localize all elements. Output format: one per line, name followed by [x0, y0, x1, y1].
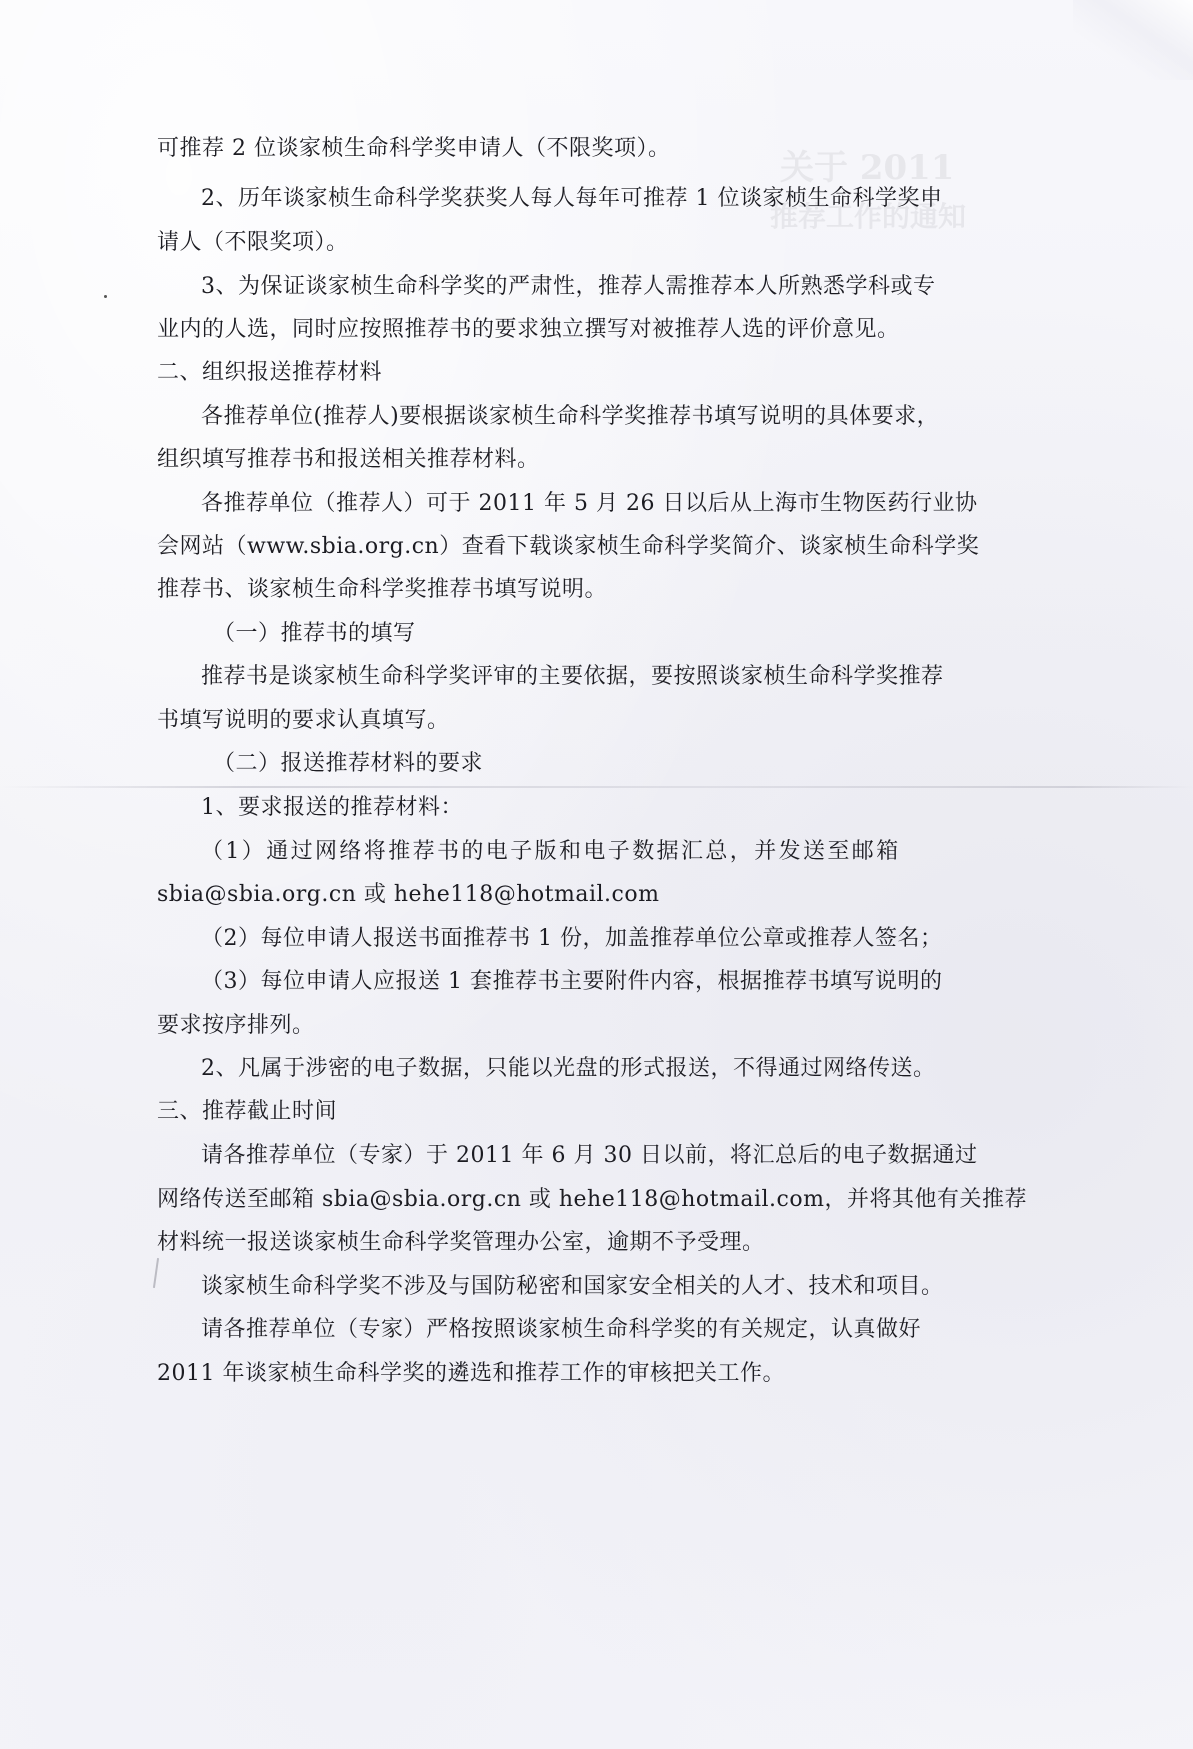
- paragraph-line: 书填写说明的要求认真填写。: [157, 706, 450, 736]
- paragraph-line: 请人（不限奖项）。: [157, 228, 349, 258]
- section-heading-3: 三、推荐截止时间: [157, 1097, 337, 1127]
- paragraph-line: 要求按序排列。: [157, 1011, 315, 1041]
- list-item-1: （1）通过网络将推荐书的电子版和电子数据汇总，并发送至邮箱: [201, 837, 901, 867]
- list-heading: 1、要求报送的推荐材料：: [201, 793, 463, 823]
- paragraph-line: 2011 年谈家桢生命科学奖的遴选和推荐工作的审核把关工作。: [157, 1359, 785, 1389]
- paragraph-line: 组织填写推荐书和报送相关推荐材料。: [157, 445, 540, 475]
- paragraph-line: 谈家桢生命科学奖不涉及与国防秘密和国家安全相关的人才、技术和项目。: [201, 1272, 944, 1302]
- list-item-2: （2）每位申请人报送书面推荐书 1 份，加盖推荐单位公章或推荐人签名；: [201, 924, 942, 954]
- email-line: sbia@sbia.org.cn 或 hehe118@hotmail.com: [157, 880, 659, 910]
- website-line: 会网站（www.sbia.org.cn）查看下载谈家桢生命科学奖简介、谈家桢生命…: [157, 532, 979, 562]
- paragraph-line: 推荐书是谈家桢生命科学奖评审的主要依据，要按照谈家桢生命科学奖推荐: [201, 662, 944, 692]
- paper-fold-line: [0, 786, 1193, 788]
- bleed-through-title: 关于 2011: [780, 140, 954, 189]
- paragraph-line: 各推荐单位（推荐人）可于 2011 年 5 月 26 日以后从上海市生物医药行业…: [201, 489, 977, 519]
- paragraph-line: 业内的人选，同时应按照推荐书的要求独立撰写对被推荐人选的评价意见。: [157, 315, 900, 345]
- email-line: 网络传送至邮箱 sbia@sbia.org.cn 或 hehe118@hotma…: [157, 1185, 1027, 1215]
- paragraph-line: 材料统一报送谈家桢生命科学奖管理办公室，逾期不予受理。: [157, 1228, 765, 1258]
- paragraph-line: 请各推荐单位（专家）严格按照谈家桢生命科学奖的有关规定，认真做好: [201, 1315, 921, 1345]
- paragraph-item-3: 3、为保证谈家桢生命科学奖的严肃性，推荐人需推荐本人所熟悉学科或专: [201, 272, 936, 302]
- paragraph-item-2: 2、历年谈家桢生命科学奖获奖人每人每年可推荐 1 位谈家桢生命科学奖申: [201, 184, 942, 214]
- deadline-line: 请各推荐单位（专家）于 2011 年 6 月 30 日以前，将汇总后的电子数据通…: [201, 1141, 977, 1171]
- subsection-heading-1: （一）推荐书的填写: [213, 619, 416, 649]
- paragraph-item-2: 2、凡属于涉密的电子数据，只能以光盘的形式报送，不得通过网络传送。: [201, 1054, 936, 1084]
- section-heading-2: 二、组织报送推荐材料: [157, 358, 382, 388]
- list-item-3: （3）每位申请人应报送 1 套推荐书主要附件内容，根据推荐书填写说明的: [201, 967, 942, 997]
- subsection-heading-2: （二）报送推荐材料的要求: [213, 749, 483, 779]
- paragraph-line: 各推荐单位(推荐人)要根据谈家桢生命科学奖推荐书填写说明的具体要求，: [201, 402, 939, 432]
- scanned-paper-background: [0, 0, 1193, 1749]
- corner-crease: [1073, 0, 1193, 80]
- scan-speck: [104, 295, 107, 298]
- paragraph-line: 可推荐 2 位谈家桢生命科学奖申请人（不限奖项）。: [157, 134, 671, 164]
- paragraph-line: 推荐书、谈家桢生命科学奖推荐书填写说明。: [157, 575, 607, 605]
